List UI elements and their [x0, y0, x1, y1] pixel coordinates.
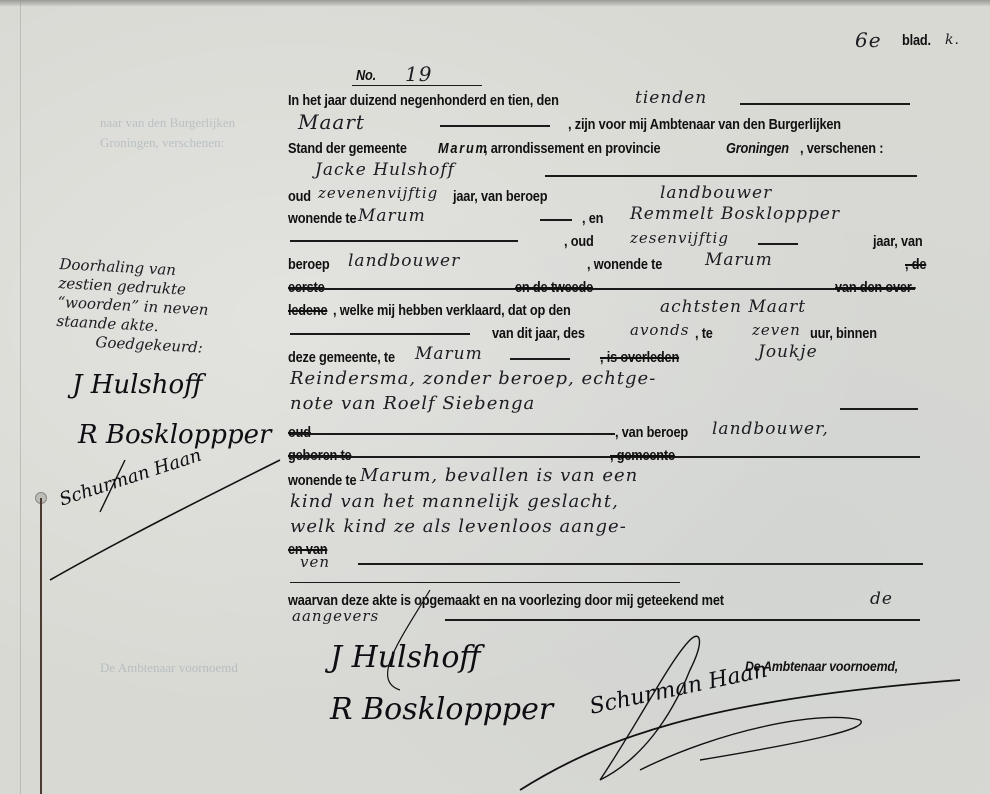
official-text: , zijn voor mij Ambtenaar van den Burger…: [568, 117, 841, 133]
blank-line: [840, 408, 918, 410]
mother-name-c: note van Roelf Siebenga: [290, 393, 535, 414]
blank-line: [358, 563, 923, 565]
child-text-a: kind van het mannelijk geslacht,: [290, 491, 619, 512]
struck-is-overleden: , is overleden: [600, 350, 679, 366]
hour: zeven: [752, 321, 801, 339]
oud-label-2: , oud: [564, 234, 594, 250]
child-text-c: ven: [300, 553, 330, 571]
uur-binnen-text: uur, binnen: [810, 326, 877, 342]
closing-de: de: [870, 589, 893, 609]
father-occupation: landbouwer,: [712, 419, 829, 439]
page-label: blad.: [902, 33, 931, 49]
en-label: , en: [582, 211, 603, 227]
event-day: achtsten Maart: [660, 297, 806, 317]
intro-text: In het jaar duizend negenhonderd en tien…: [288, 93, 559, 109]
declarant1-occupation: landbouwer: [660, 183, 772, 203]
verschenen-text: , verschenen :: [800, 141, 883, 157]
bleed-through-text: De Ambtenaar voornoemd: [100, 660, 238, 676]
bleed-through-text: Groningen, verschenen:: [100, 135, 224, 151]
page-number: 6e: [855, 28, 882, 52]
strike-line: [290, 456, 920, 458]
mother-name-b: Reindersma, zonder beroep, echtge-: [290, 368, 656, 389]
blank-line: [510, 358, 570, 360]
struck-de: , de: [905, 257, 926, 273]
declarant2-name: Remmelt Boskloppper: [630, 204, 840, 224]
stand-text: Stand der gemeente: [288, 141, 407, 157]
record-underline: [352, 85, 482, 86]
wonende-label: wonende te: [288, 211, 356, 227]
declarant2-residence: Marum: [705, 250, 773, 270]
declarant1-residence: Marum: [358, 206, 426, 226]
signature-official: Schurman Haan: [587, 658, 769, 720]
blank-line: [290, 582, 680, 583]
declarant1-name: Jacke Hulshoff: [315, 160, 455, 180]
struck-gemeente: , gemeente: [610, 448, 675, 464]
blank-line: [290, 240, 518, 242]
struck-van-den-over: van den over-: [835, 280, 916, 296]
blank-line: [440, 125, 550, 127]
margin-signature-2: R Boskloppper: [78, 420, 271, 450]
arrondissement-text: , arrondissement en provincie: [484, 141, 660, 157]
wonende-label-2: , wonende te: [587, 257, 662, 273]
jaar-van-label: jaar, van: [873, 234, 923, 250]
van-dit-jaar-text: van dit jaar, des: [492, 326, 585, 342]
verklaard-text: , welke mij hebben verklaard, dat op den: [333, 303, 571, 319]
margin-signature-1: J Hulshoff: [72, 370, 203, 400]
declarant2-occupation: landbouwer: [348, 251, 460, 271]
blank-line: [290, 333, 470, 335]
strike-line: [290, 288, 915, 290]
blank-line: [740, 103, 910, 105]
official-label: De Ambtenaar voornoemd,: [745, 658, 898, 674]
signature-declarant2: R Boskloppper: [330, 692, 553, 727]
page-suffix: k.: [945, 32, 960, 48]
time-of-day: avonds: [630, 321, 689, 339]
signature-declarant1: J Hulshoff: [330, 640, 481, 675]
margin-rule: [20, 0, 21, 794]
van-beroep-label: , van beroep: [615, 425, 688, 441]
declarant2-age: zesenvijftig: [630, 229, 729, 247]
blank-line: [758, 243, 798, 245]
event-place: Marum: [415, 344, 483, 364]
closing-aangevers: aangevers: [292, 607, 379, 625]
blank-line: [545, 175, 917, 177]
te-label: , te: [695, 326, 713, 342]
oud-label: oud: [288, 189, 311, 205]
page-top-edge: [0, 0, 990, 6]
municipality: Marum: [438, 141, 489, 157]
struck-en-de-tweede: en de tweede: [515, 280, 593, 296]
jaar-beroep-label: jaar, van beroep: [453, 189, 547, 205]
record-label: No.: [356, 68, 376, 84]
wonende-label-3: wonende te: [288, 473, 356, 489]
margin-note: Doorhaling van zestien gedrukte “woorden…: [55, 255, 300, 362]
blank-line: [445, 619, 920, 621]
margin-signature-3: Schurman Haan: [57, 445, 204, 511]
day-field: tienden: [635, 88, 707, 108]
strike-line: [290, 433, 615, 435]
residence-birth: Marum, bevallen is van een: [360, 465, 638, 486]
blank-line: [540, 219, 572, 221]
deze-gemeente-text: deze gemeente, te: [288, 350, 395, 366]
month-field: Maart: [298, 110, 365, 134]
province: Groningen: [726, 141, 789, 157]
declarant1-age: zevenenvijftig: [318, 184, 438, 202]
record-number: 19: [405, 62, 432, 86]
child-text-b: welk kind ze als levenloos aange-: [290, 516, 627, 537]
mother-name-a: Joukje: [758, 342, 818, 362]
binding-line: [40, 498, 42, 794]
bleed-through-text: naar van den Burgerlijken: [100, 115, 235, 131]
